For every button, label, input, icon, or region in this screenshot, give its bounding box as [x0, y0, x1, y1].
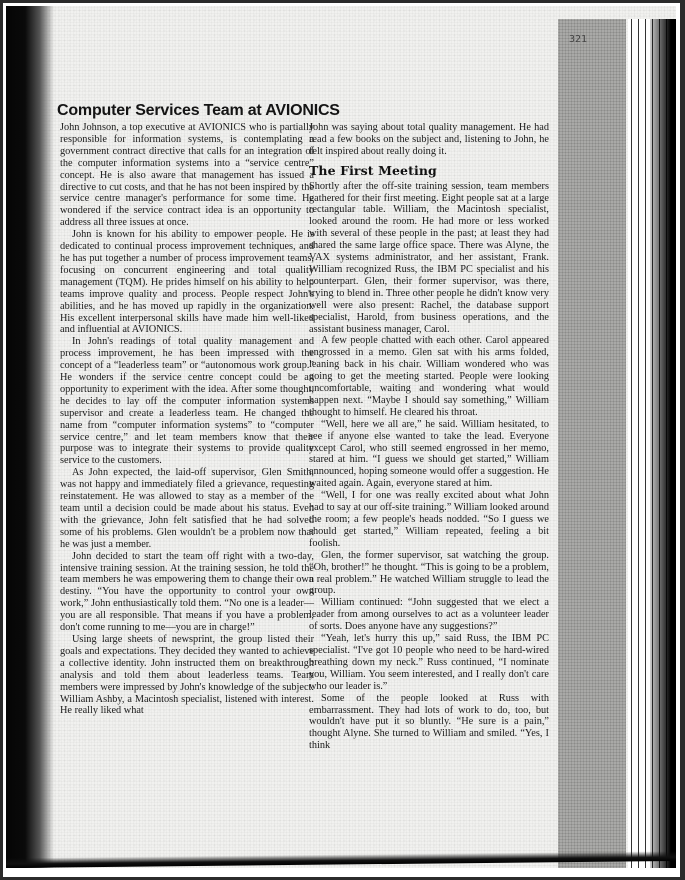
- paragraph: In John's readings of total quality mana…: [60, 336, 314, 467]
- left-column: John Johnson, a top executive at AVIONIC…: [60, 122, 314, 717]
- paragraph: Using large sheets of newsprint, the gro…: [60, 634, 314, 717]
- page-number: 321: [569, 34, 587, 45]
- book-page: 321 Computer Services Team at AVIONICS J…: [6, 6, 676, 868]
- right-column: John was saying about total quality mana…: [309, 122, 549, 752]
- paragraph: John Johnson, a top executive at AVIONIC…: [60, 122, 314, 229]
- paragraph: John was saying about total quality mana…: [309, 122, 549, 158]
- paragraph: “Well, I for one was really excited abou…: [309, 490, 549, 550]
- paragraph: “Yeah, let's hurry this up,” said Russ, …: [309, 633, 549, 693]
- paragraph: A few people chatted with each other. Ca…: [309, 335, 549, 418]
- paragraph: William continued: “John suggested that …: [309, 597, 549, 633]
- paragraph: Some of the people looked at Russ with e…: [309, 693, 549, 753]
- paragraph: John decided to start the team off right…: [60, 551, 314, 634]
- case-title: Computer Services Team at AVIONICS: [57, 102, 340, 120]
- paragraph: Glen, the former supervisor, sat watchin…: [309, 550, 549, 598]
- page-edges: [628, 19, 676, 868]
- paragraph: John is known for his ability to empower…: [60, 229, 314, 336]
- paragraph: As John expected, the laid-off superviso…: [60, 467, 314, 550]
- margin-tab-strip: [558, 19, 626, 868]
- section-heading: The First Meeting: [309, 165, 549, 177]
- scanned-page-frame: 321 Computer Services Team at AVIONICS J…: [3, 3, 680, 877]
- paragraph: Shortly after the off-site training sess…: [309, 181, 549, 336]
- paragraph: “Well, here we all are,” he said. Willia…: [309, 419, 549, 490]
- spine-shadow: [6, 6, 54, 868]
